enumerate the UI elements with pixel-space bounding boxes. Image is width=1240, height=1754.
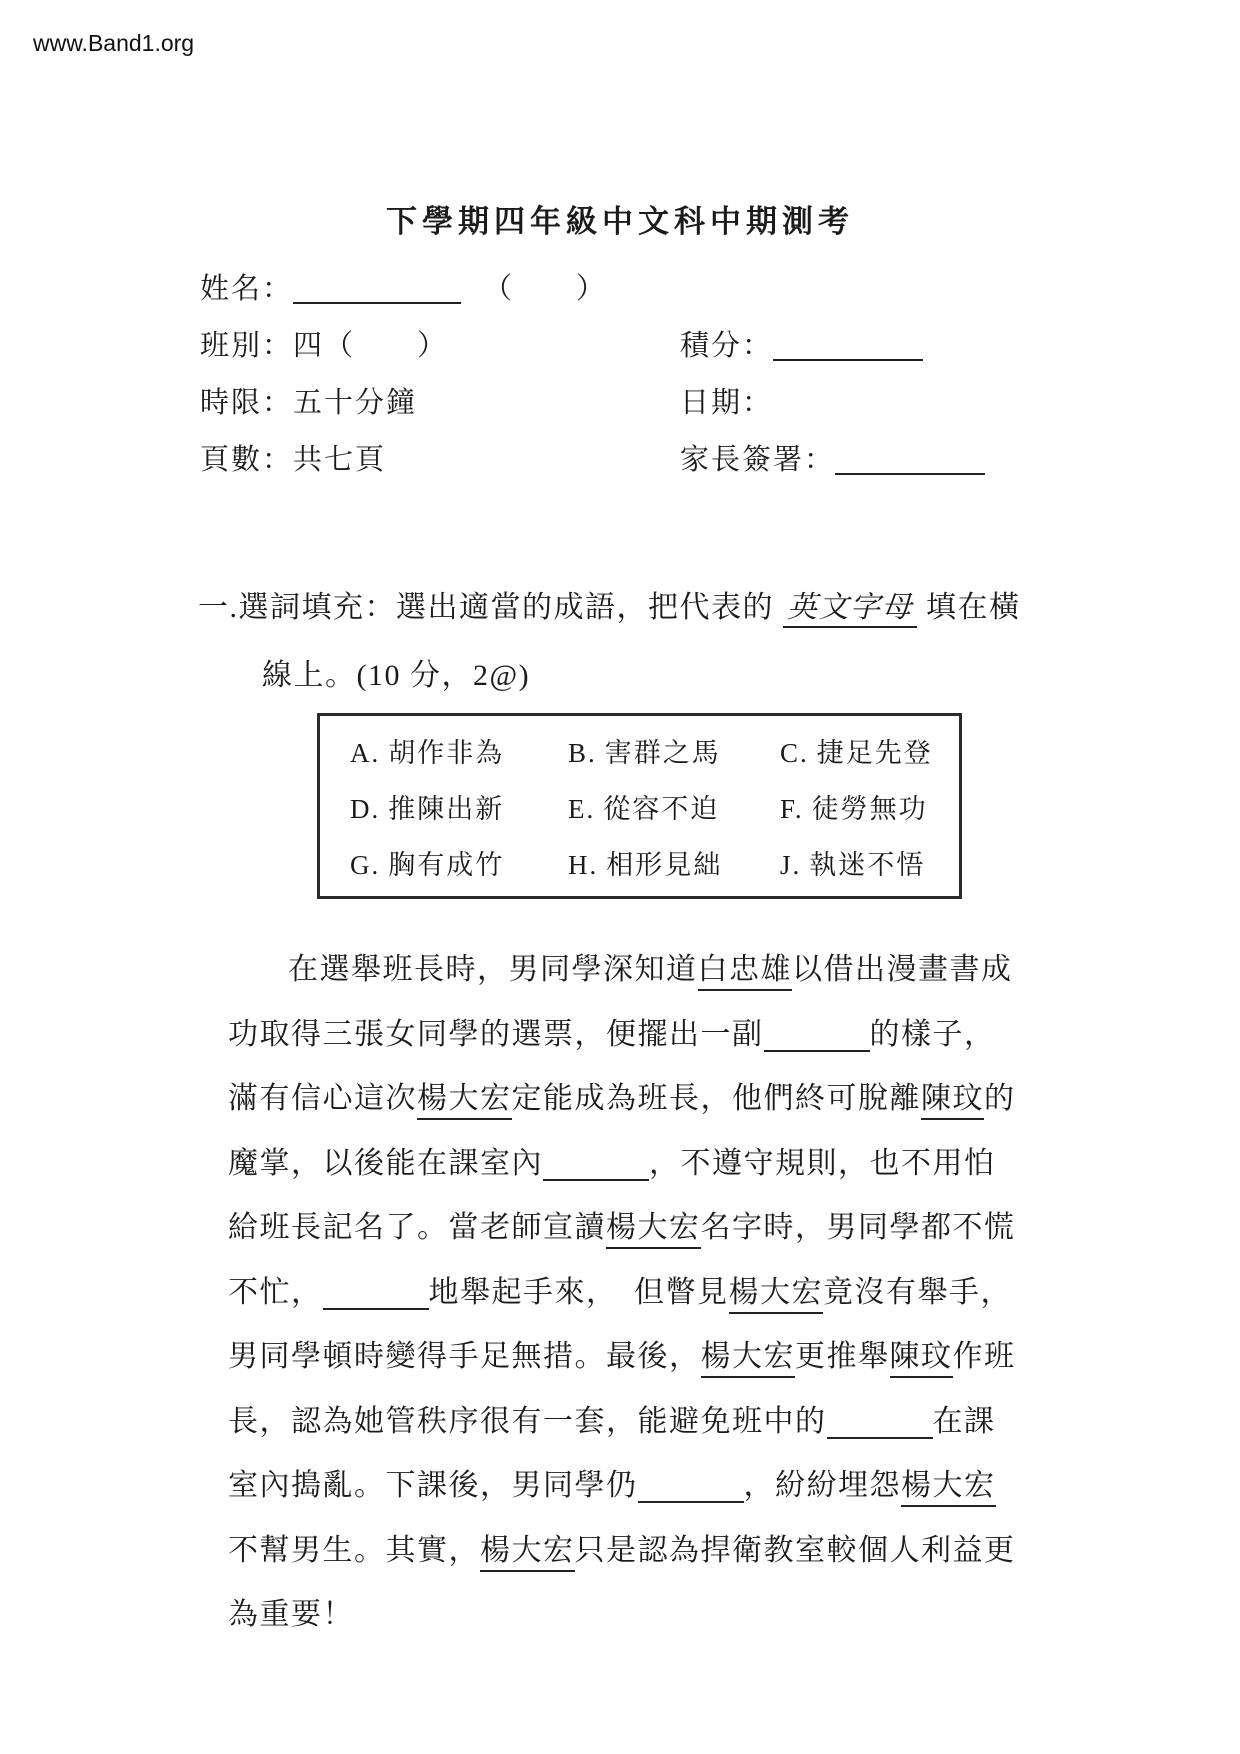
option-letter: H. — [568, 850, 598, 880]
idiom-option-c: C.捷足先登 — [780, 731, 959, 770]
score-blank-line — [773, 359, 923, 361]
option-idiom: 徒勞無功 — [812, 794, 928, 824]
class-field: 班別：四（ ） — [200, 323, 680, 364]
section-1-instruction-line2: 線上。(10 分，2@) — [262, 642, 1078, 710]
passage: 在選舉班長時，男同學深知道白忠雄以借出漫畫書成功取得三張女同學的選票，便擺出一副… — [228, 938, 1058, 1648]
name-blank-line — [293, 302, 461, 304]
form-row-class: 班別：四（ ） 積分： — [200, 323, 1060, 380]
date-field: 日期： — [680, 380, 1060, 421]
passage-text: 的樣子， — [870, 1018, 996, 1051]
signature-field: 家長簽署： — [680, 437, 1060, 478]
passage-line-4: 魔掌，以後能在課室內，不遵守規則，也不用怕 — [228, 1132, 1058, 1197]
passage-text: 的 — [984, 1082, 1016, 1115]
idiom-option-h: H.相形見絀 — [568, 843, 780, 882]
idiom-option-f: F.徒勞無功 — [780, 787, 959, 826]
option-idiom: 胸有成竹 — [388, 850, 504, 880]
idiom-options-box: A.胡作非為B.害群之馬C.捷足先登D.推陳出新E.從容不迫F.徒勞無功G.胸有… — [317, 713, 962, 899]
form-row-time: 時限：五十分鐘 日期： — [200, 380, 1060, 437]
passage-text: 名字時，男同學都不慌 — [701, 1211, 1016, 1244]
name-label: 姓名： — [200, 273, 293, 305]
proper-name-underlined: 楊大宏 — [729, 1276, 824, 1314]
proper-name-underlined: 楊大宏 — [606, 1211, 701, 1249]
option-idiom: 害群之馬 — [605, 738, 721, 768]
passage-text: 不幫男生。其實， — [228, 1534, 480, 1567]
fill-in-blank-line — [638, 1471, 744, 1503]
option-letter: G. — [350, 850, 380, 880]
date-label: 日期： — [680, 387, 773, 419]
proper-name-underlined: 陳玟 — [890, 1340, 953, 1378]
option-idiom: 胡作非為 — [388, 738, 504, 768]
passage-text: 只是認為捍衛教室較個人利益更 — [575, 1534, 1016, 1567]
idiom-option-a: A.胡作非為 — [350, 731, 568, 770]
passage-text: 以借出漫畫書成 — [792, 953, 1013, 986]
passage-text: 長，認為她管秩序很有一套，能避免班中的 — [228, 1405, 827, 1438]
idiom-option-b: B.害群之馬 — [568, 731, 780, 770]
proper-name-underlined: 白忠雄 — [698, 953, 793, 991]
passage-line-2: 功取得三張女同學的選票，便擺出一副的樣子， — [228, 1003, 1058, 1068]
time-limit-field: 時限：五十分鐘 — [200, 380, 680, 421]
instruction-pre: 選詞填充：選出適當的成語，把代表的 — [239, 591, 784, 624]
option-letter: F. — [780, 794, 804, 824]
exam-title: 下學期四年級中文科中期測考 — [0, 196, 1240, 241]
passage-line-3: 滿有信心這次楊大宏定能成為班長，他們終可脫離陳玟的 — [228, 1067, 1058, 1132]
option-idiom: 推陳出新 — [388, 794, 504, 824]
header-form: 姓名：（ ） 班別：四（ ） 積分： 時限：五十分鐘 日期： 頁數：共七頁 家長… — [200, 266, 1060, 494]
passage-line-11: 為重要！ — [228, 1583, 1058, 1648]
passage-text: 滿有信心這次 — [228, 1082, 417, 1115]
option-letter: E. — [568, 794, 595, 824]
fill-in-blank-line — [543, 1149, 649, 1181]
score-label: 積分： — [680, 330, 773, 362]
score-field: 積分： — [680, 323, 1060, 364]
name-paren: （ ） — [483, 273, 607, 305]
passage-line-1: 在選舉班長時，男同學深知道白忠雄以借出漫畫書成 — [228, 938, 1058, 1003]
proper-name-underlined: 楊大宏 — [417, 1082, 512, 1120]
option-idiom: 從容不迫 — [603, 794, 719, 824]
passage-line-8: 長，認為她管秩序很有一套，能避免班中的在課 — [228, 1390, 1058, 1455]
option-letter: D. — [350, 794, 380, 824]
passage-text: 作班 — [953, 1340, 1016, 1373]
exam-paper-page: www.Band1.org 下學期四年級中文科中期測考 姓名：（ ） 班別：四（… — [0, 0, 1240, 1754]
idiom-option-e: E.從容不迫 — [568, 787, 780, 826]
signature-blank-line — [835, 473, 985, 475]
pages-field: 頁數：共七頁 — [200, 437, 680, 478]
instruction-emphasis: 英文字母 — [783, 591, 917, 628]
passage-line-6: 不忙，地舉起手來， 但瞥見楊大宏竟沒有舉手， — [228, 1261, 1058, 1326]
time-limit-label: 時限：五十分鐘 — [200, 387, 417, 419]
option-letter: J. — [780, 850, 801, 880]
signature-label: 家長簽署： — [680, 444, 835, 476]
passage-line-9: 室內搗亂。下課後，男同學仍，紛紛埋怨楊大宏 — [228, 1454, 1058, 1519]
passage-text: 在課 — [933, 1405, 996, 1438]
passage-line-5: 給班長記名了。當老師宣讀楊大宏名字時，男同學都不慌 — [228, 1196, 1058, 1261]
passage-text: 功取得三張女同學的選票，便擺出一副 — [228, 1018, 764, 1051]
form-row-pages: 頁數：共七頁 家長簽署： — [200, 437, 1060, 494]
passage-text: ，不遵守規則，也不用怕 — [649, 1147, 996, 1180]
pages-label: 頁數：共七頁 — [200, 444, 386, 476]
name-field: 姓名：（ ） — [200, 266, 680, 307]
proper-name-underlined: 楊大宏 — [701, 1340, 796, 1378]
site-watermark: www.Band1.org — [33, 30, 194, 57]
passage-text: 地舉起手來， 但瞥見 — [429, 1276, 729, 1309]
passage-line-7: 男同學頓時變得手足無措。最後，楊大宏更推舉陳玟作班 — [228, 1325, 1058, 1390]
section-1-instruction-line1: 一.選詞填充：選出適當的成語，把代表的 英文字母 填在橫 — [198, 574, 1078, 642]
passage-text: ，紛紛埋怨 — [744, 1469, 902, 1502]
option-idiom: 捷足先登 — [817, 738, 933, 768]
passage-text: 在選舉班長時，男同學深知道 — [288, 953, 698, 986]
form-row-name: 姓名：（ ） — [200, 266, 1060, 323]
proper-name-underlined: 楊大宏 — [480, 1534, 575, 1572]
passage-text: 給班長記名了。當老師宣讀 — [228, 1211, 606, 1244]
fill-in-blank-line — [764, 1020, 870, 1052]
passage-text: 更推舉 — [795, 1340, 890, 1373]
idiom-option-j: J.執迷不悟 — [780, 843, 959, 882]
option-letter: B. — [568, 738, 597, 768]
passage-text: 竟沒有舉手， — [823, 1276, 1012, 1309]
idiom-option-d: D.推陳出新 — [350, 787, 568, 826]
option-letter: A. — [350, 738, 380, 768]
fill-in-blank-line — [827, 1407, 933, 1439]
fill-in-blank-line — [323, 1278, 429, 1310]
proper-name-underlined: 楊大宏 — [901, 1469, 996, 1507]
class-label: 班別：四（ ） — [200, 330, 448, 362]
section-1-heading: 一.選詞填充：選出適當的成語，把代表的 英文字母 填在橫 線上。(10 分，2@… — [198, 574, 1078, 710]
passage-line-10: 不幫男生。其實，楊大宏只是認為捍衛教室較個人利益更 — [228, 1519, 1058, 1584]
passage-text: 男同學頓時變得手足無措。最後， — [228, 1340, 701, 1373]
passage-text: 不忙， — [228, 1276, 323, 1309]
instruction-post: 填在橫 — [917, 591, 1021, 624]
proper-name-underlined: 陳玟 — [921, 1082, 984, 1120]
option-idiom: 執迷不悟 — [809, 850, 925, 880]
passage-text: 定能成為班長，他們終可脫離 — [512, 1082, 922, 1115]
passage-text: 為重要！ — [228, 1598, 354, 1631]
idiom-option-g: G.胸有成竹 — [350, 843, 568, 882]
option-idiom: 相形見絀 — [606, 850, 722, 880]
passage-text: 室內搗亂。下課後，男同學仍 — [228, 1469, 638, 1502]
passage-text: 魔掌，以後能在課室內 — [228, 1147, 543, 1180]
section-number: 一. — [198, 591, 239, 624]
option-letter: C. — [780, 738, 809, 768]
